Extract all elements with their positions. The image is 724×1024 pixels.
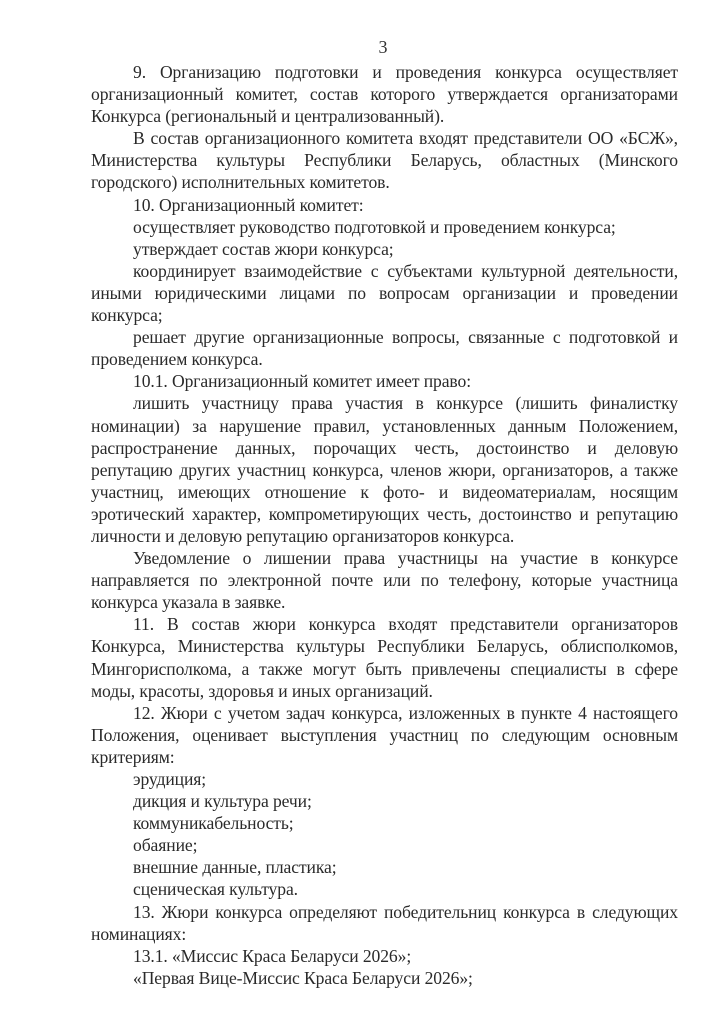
paragraph-13: 13. Жюри конкурса определяют победительн… bbox=[91, 901, 678, 945]
paragraph-10-1: 10.1. Организационный комитет имеет прав… bbox=[91, 370, 678, 392]
page-number: 3 bbox=[0, 36, 724, 58]
paragraph-10-item-jury: утверждает состав жюри конкурса; bbox=[91, 238, 678, 260]
nomination-first-vice-mrs: «Первая Вице-Миссис Краса Беларуси 2026»… bbox=[91, 967, 678, 989]
paragraph-10-item-guidance: осуществляет руководство подготовкой и п… bbox=[91, 216, 678, 238]
paragraph-9-committee-members: В состав организационного комитета входя… bbox=[91, 127, 678, 193]
document-body: 9. Организацию подготовки и проведения к… bbox=[91, 61, 678, 989]
paragraph-9: 9. Организацию подготовки и проведения к… bbox=[91, 61, 678, 127]
paragraph-10: 10. Организационный комитет: bbox=[91, 194, 678, 216]
criterion-stage-culture: сценическая культура. bbox=[91, 878, 678, 900]
paragraph-11: 11. В состав жюри конкурса входят предст… bbox=[91, 613, 678, 701]
nomination-mrs-beauty: 13.1. «Миссис Краса Беларуси 2026»; bbox=[91, 945, 678, 967]
criterion-communication: коммуникабельность; bbox=[91, 812, 678, 834]
criterion-appearance: внешние данные, пластика; bbox=[91, 856, 678, 878]
criterion-charm: обаяние; bbox=[91, 834, 678, 856]
paragraph-10-item-coordination: координирует взаимодействие с субъектами… bbox=[91, 260, 678, 326]
paragraph-12: 12. Жюри с учетом задач конкурса, изложе… bbox=[91, 702, 678, 768]
criterion-erudition: эрудиция; bbox=[91, 768, 678, 790]
document-page: 3 9. Организацию подготовки и проведения… bbox=[0, 0, 724, 1024]
criterion-diction: дикция и культура речи; bbox=[91, 790, 678, 812]
paragraph-10-1-disqualify: лишить участницу права участия в конкурс… bbox=[91, 392, 678, 547]
paragraph-10-1-notification: Уведомление о лишении права участницы на… bbox=[91, 547, 678, 613]
paragraph-10-item-other: решает другие организационные вопросы, с… bbox=[91, 326, 678, 370]
